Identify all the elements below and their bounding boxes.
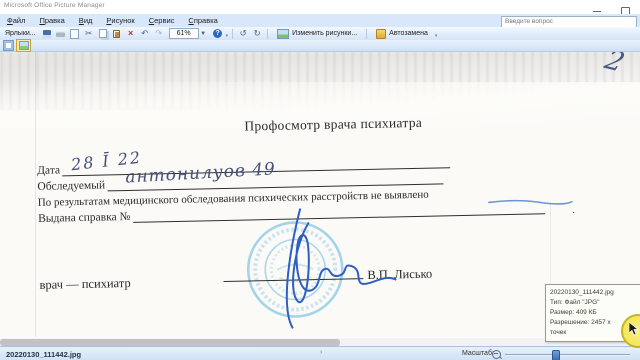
save-icon	[43, 30, 51, 38]
edit-pictures-button[interactable]: Изменить рисунки...	[272, 27, 362, 41]
scissors-icon: ✂	[85, 29, 92, 38]
picture-viewport: 2 Профосмотр врача психиатра Дата 28 Ī 2…	[0, 52, 640, 337]
cut-button[interactable]: ✂	[83, 28, 95, 39]
paste-button[interactable]	[111, 28, 123, 39]
single-picture-view-icon	[19, 41, 29, 50]
doctor-title: врач — психиатр	[39, 276, 130, 293]
preview-button[interactable]	[69, 28, 81, 39]
examinee-label: Обследуемый	[37, 179, 105, 192]
title-bar: Microsoft Office Picture Manager	[0, 0, 640, 14]
date-label: Дата	[37, 164, 60, 176]
zoom-scale-label: Масштаб:	[462, 350, 494, 357]
views-toolbar	[0, 40, 640, 52]
thumbnail-view-icon	[3, 40, 14, 51]
print-button[interactable]	[55, 28, 67, 39]
menu-view[interactable]: Вид	[72, 14, 100, 27]
zoom-slider-track[interactable]	[505, 354, 630, 355]
print-icon	[56, 31, 65, 37]
certificate-dot: ·	[572, 208, 576, 219]
statusbar-divider: ›	[320, 349, 322, 356]
menu-tools[interactable]: Сервис	[142, 14, 182, 27]
help-button[interactable]: ?	[212, 28, 224, 39]
tooltip-type: Тип: Файл "JPG"	[550, 298, 640, 308]
menu-file[interactable]: Файл	[0, 14, 32, 27]
rotate-right-icon: ↻	[254, 29, 261, 38]
pen-signature	[238, 203, 401, 336]
rotate-right-button[interactable]: ↻	[251, 28, 263, 39]
edit-pictures-icon	[277, 29, 289, 39]
toolbar-separator	[366, 29, 367, 39]
paste-icon	[113, 30, 120, 38]
menu-help[interactable]: Справка	[181, 14, 224, 27]
thumbnail-view-button[interactable]	[2, 40, 14, 51]
minimize-icon	[593, 11, 601, 12]
shortcuts-button[interactable]: Ярлыки...	[2, 29, 39, 38]
statusbar-filename: 20220130_111442.jpg	[6, 350, 81, 359]
edit-pictures-label: Изменить рисунки...	[292, 30, 357, 37]
zoom-out-icon[interactable]	[492, 350, 501, 359]
toolbar-overflow-icon[interactable]: ▾	[435, 33, 438, 40]
single-picture-view-button[interactable]	[16, 39, 31, 52]
horizontal-scrollbar[interactable]	[0, 337, 640, 346]
zoom-slider-thumb[interactable]	[552, 350, 560, 360]
picture-manager-window: Microsoft Office Picture Manager Файл Пр…	[0, 0, 640, 360]
delete-button[interactable]: ×	[125, 28, 137, 39]
autocorrect-label: Автозамена	[389, 30, 428, 37]
document-content: Профосмотр врача психиатра Дата 28 Ī 22 …	[0, 52, 640, 337]
redo-icon: ↷	[155, 29, 162, 38]
question-input[interactable]	[501, 16, 637, 28]
pen-underline-stroke	[488, 198, 574, 208]
copy-button[interactable]	[97, 28, 109, 39]
result-value: не выявлено	[371, 189, 429, 202]
zoom-value[interactable]: 61%	[169, 28, 199, 39]
standard-toolbar: Ярлыки... ✂ × ↶ ↷ 61% ▼ ? ▾ ↺ ↻ Изменить…	[0, 27, 640, 40]
toolbar-overflow-icon[interactable]: ▾	[226, 33, 229, 40]
zoom-combo[interactable]: 61% ▼	[169, 28, 208, 39]
menu-picture[interactable]: Рисунок	[99, 14, 141, 27]
toolbar-separator	[232, 29, 233, 39]
minus-icon	[494, 353, 498, 354]
tooltip-filename: 20220130_111442.jpg	[550, 288, 640, 298]
rotate-left-icon: ↺	[240, 29, 247, 38]
toolbar-separator	[267, 29, 268, 39]
window-title: Microsoft Office Picture Manager	[4, 2, 105, 9]
document-title: Профосмотр врача психиатра	[193, 114, 473, 136]
redo-button[interactable]: ↷	[153, 28, 165, 39]
undo-icon: ↶	[141, 29, 148, 38]
copy-icon	[99, 29, 107, 38]
menu-bar: Файл Правка Вид Рисунок Сервис Справка	[0, 14, 640, 27]
certificate-label: Выдана справка №	[38, 211, 131, 225]
zoom-dropdown-icon[interactable]: ▼	[199, 28, 208, 39]
rotate-left-button[interactable]: ↺	[237, 28, 249, 39]
help-icon: ?	[213, 29, 222, 38]
autocorrect-button[interactable]: Автозамена	[371, 27, 433, 41]
page-icon	[70, 29, 79, 39]
status-bar: 20220130_111442.jpg › Масштаб:	[0, 346, 640, 360]
menu-edit[interactable]: Правка	[32, 14, 71, 27]
delete-icon: ×	[128, 29, 133, 38]
mouse-cursor-icon	[629, 322, 640, 336]
save-button[interactable]	[41, 28, 53, 39]
horizontal-scrollbar-thumb[interactable]	[0, 339, 340, 346]
undo-button[interactable]: ↶	[139, 28, 151, 39]
autocorrect-icon	[376, 29, 386, 39]
